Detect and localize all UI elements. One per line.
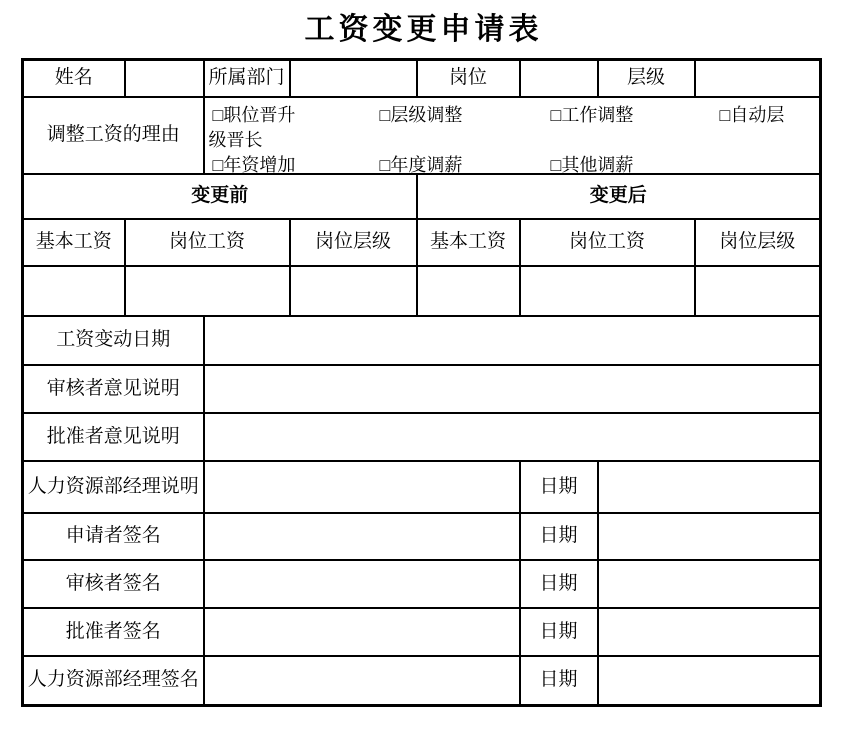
hr-manager-signature-date-input-cell[interactable] [598,656,821,706]
checkbox-option-other-salary-adjustment[interactable]: □其他调薪 [551,154,634,174]
after-basic-salary-input-cell[interactable] [417,266,520,316]
reviewer-opinion-label: 审核者意见说明 [23,365,204,413]
approver-opinion-row: 批准者意见说明 [23,413,821,461]
checkbox-option-auto-level-promotion-wrap[interactable]: 级晋长 [209,129,263,152]
department-label: 所属部门 [204,60,290,97]
reviewer-opinion-input-cell[interactable] [204,365,821,413]
checkbox-option-position-promotion[interactable]: □职位晋升 [213,104,296,127]
before-position-salary-header: 岗位工资 [125,219,290,266]
hr-manager-signature-row: 人力资源部经理签名 日期 [23,656,821,706]
checkbox-option-annual-salary-adjustment[interactable]: □年度调薪 [380,154,463,174]
salary-change-date-input-cell[interactable] [204,316,821,365]
level-label: 层级 [598,60,695,97]
hr-manager-statement-label: 人力资源部经理说明 [23,461,204,513]
reason-options-wrap: □职位晋升 □层级调整 □工作调整 □自动层 级晋长 □年资增加 □年度调薪 □… [205,98,820,173]
approver-opinion-label: 批准者意见说明 [23,413,204,461]
reviewer-signature-label: 审核者签名 [23,560,204,608]
name-label: 姓名 [23,60,125,97]
position-input-cell[interactable] [520,60,598,97]
before-position-level-header: 岗位层级 [290,219,417,266]
hr-manager-signature-label: 人力资源部经理签名 [23,656,204,706]
after-change-header: 变更后 [417,174,821,219]
salary-values-row [23,266,821,316]
position-label: 岗位 [417,60,520,97]
salary-change-date-label: 工资变动日期 [23,316,204,365]
reviewer-signature-date-input-cell[interactable] [598,560,821,608]
form-table: 姓名 所属部门 岗位 层级 调整工资的理由 □职位晋升 □层级调整 □工作调整 … [21,58,822,707]
before-change-header: 变更前 [23,174,417,219]
before-position-salary-input-cell[interactable] [125,266,290,316]
applicant-signature-label: 申请者签名 [23,513,204,560]
hr-manager-signature-input-cell[interactable] [204,656,520,706]
checkbox-option-seniority-increase[interactable]: □年资增加 [213,154,296,174]
checkbox-option-level-adjustment[interactable]: □层级调整 [380,104,463,127]
hr-manager-statement-input-cell[interactable] [204,461,520,513]
hr-manager-statement-date-input-cell[interactable] [598,461,821,513]
approver-signature-date-label: 日期 [520,608,598,656]
change-header-row: 变更前 变更后 [23,174,821,219]
applicant-signature-date-input-cell[interactable] [598,513,821,560]
after-position-salary-input-cell[interactable] [520,266,695,316]
level-input-cell[interactable] [695,60,821,97]
reviewer-signature-date-label: 日期 [520,560,598,608]
name-input-cell[interactable] [125,60,204,97]
applicant-signature-row: 申请者签名 日期 [23,513,821,560]
after-position-level-input-cell[interactable] [695,266,821,316]
approver-signature-date-input-cell[interactable] [598,608,821,656]
before-basic-salary-header: 基本工资 [23,219,125,266]
checkbox-option-work-adjustment[interactable]: □工作调整 [551,104,634,127]
approver-opinion-input-cell[interactable] [204,413,821,461]
salary-change-application-form: 工资变更申请表 姓名 所属部门 岗位 层级 调整工资的理由 [0,0,847,743]
form-title: 工资变更申请表 [0,0,847,58]
reason-row: 调整工资的理由 □职位晋升 □层级调整 □工作调整 □自动层 级晋长 □年资增加… [23,97,821,174]
reason-options-cell: □职位晋升 □层级调整 □工作调整 □自动层 级晋长 □年资增加 □年度调薪 □… [204,97,821,174]
after-position-salary-header: 岗位工资 [520,219,695,266]
reviewer-opinion-row: 审核者意见说明 [23,365,821,413]
salary-change-date-row: 工资变动日期 [23,316,821,365]
reason-label: 调整工资的理由 [23,97,204,174]
approver-signature-input-cell[interactable] [204,608,520,656]
info-row: 姓名 所属部门 岗位 层级 [23,60,821,97]
salary-columns-row: 基本工资 岗位工资 岗位层级 基本工资 岗位工资 岗位层级 [23,219,821,266]
reviewer-signature-input-cell[interactable] [204,560,520,608]
checkbox-option-auto-level-promotion[interactable]: □自动层 [720,104,785,127]
before-basic-salary-input-cell[interactable] [23,266,125,316]
after-position-level-header: 岗位层级 [695,219,821,266]
hr-manager-statement-row: 人力资源部经理说明 日期 [23,461,821,513]
before-position-level-input-cell[interactable] [290,266,417,316]
applicant-signature-input-cell[interactable] [204,513,520,560]
reviewer-signature-row: 审核者签名 日期 [23,560,821,608]
applicant-signature-date-label: 日期 [520,513,598,560]
hr-manager-statement-date-label: 日期 [520,461,598,513]
hr-manager-signature-date-label: 日期 [520,656,598,706]
after-basic-salary-header: 基本工资 [417,219,520,266]
approver-signature-label: 批准者签名 [23,608,204,656]
department-input-cell[interactable] [290,60,417,97]
approver-signature-row: 批准者签名 日期 [23,608,821,656]
